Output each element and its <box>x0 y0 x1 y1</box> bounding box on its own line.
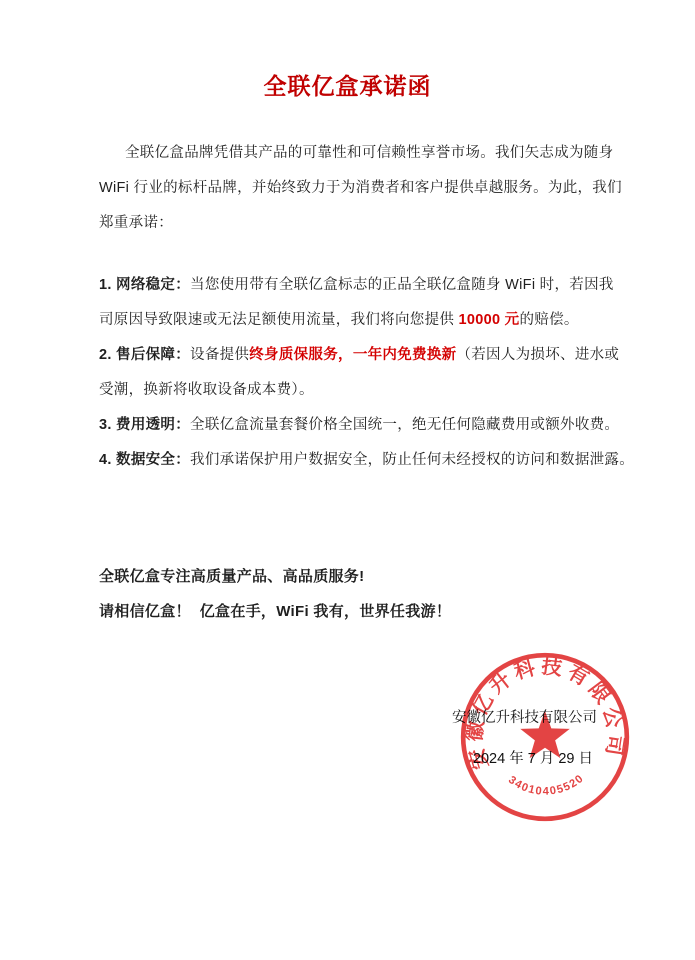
commitment-item-1-cont: 司原因导致限速或无法足额使用流量，我们将向您提供 10000 元的赔偿。 <box>99 303 601 338</box>
intro-paragraph: 全联亿盒品牌凭借其产品的可靠性和可信赖性享誉市场。我们矢志成为随身 WiFi 行… <box>99 136 601 241</box>
company-seal: 安徽亿升科技有限公司 3401040552071 <box>452 644 638 830</box>
page-title: 全联亿盒承诺函 <box>0 68 695 101</box>
item-text: 受潮，换新将收取设备成本费）。 <box>99 382 314 398</box>
item-text: 司原因导致限速或无法足额使用流量，我们将向您提供 <box>99 312 459 328</box>
slogan-line-2: 请相信亿盒！ 亿盒在手，WiFi 我有，世界任我游！ <box>99 594 601 629</box>
commitment-item-1: 1. 网络稳定：当您使用带有全联亿盒标志的正品全联亿盒随身 WiFi 时，若因我 <box>99 268 601 303</box>
item-highlight: 10000 元 <box>459 312 520 328</box>
item-label: 2. 售后保障： <box>99 347 190 363</box>
commitment-list: 1. 网络稳定：当您使用带有全联亿盒标志的正品全联亿盒随身 WiFi 时，若因我… <box>99 268 601 478</box>
seal-ring <box>463 655 627 819</box>
item-text: 的赔偿。 <box>519 312 578 328</box>
commitment-item-2-cont: 受潮，换新将收取设备成本费）。 <box>99 373 601 408</box>
intro-line: 全联亿盒品牌凭借其产品的可靠性和可信赖性享誉市场。我们矢志成为随身 <box>99 136 601 171</box>
signature-date: 2024 年 7 月 29 日 <box>473 747 593 768</box>
slogan-block: 全联亿盒专注高质量产品、高品质服务! 请相信亿盒！ 亿盒在手，WiFi 我有，世… <box>99 559 601 629</box>
item-text: 全联亿盒流量套餐价格全国统一，绝无任何隐藏费用或额外收费。 <box>190 417 619 433</box>
item-text: （若因人为损坏、进水或 <box>456 347 619 363</box>
item-label: 4. 数据安全： <box>99 452 190 468</box>
item-label: 3. 费用透明： <box>99 417 190 433</box>
item-text: 设备提供 <box>190 347 249 363</box>
signature-company-name: 安徽亿升科技有限公司 <box>452 706 597 727</box>
commitment-letter-page: 全联亿盒承诺函 全联亿盒品牌凭借其产品的可靠性和可信赖性享誉市场。我们矢志成为随… <box>0 0 695 960</box>
intro-line: 郑重承诺： <box>99 206 601 241</box>
item-highlight: 终身质保服务，一年内免费换新 <box>249 347 456 363</box>
intro-line: WiFi 行业的标杆品牌，并始终致力于为消费者和客户提供卓越服务。为此，我们 <box>99 171 601 206</box>
commitment-item-3: 3. 费用透明：全联亿盒流量套餐价格全国统一，绝无任何隐藏费用或额外收费。 <box>99 408 601 443</box>
commitment-item-4: 4. 数据安全：我们承诺保护用户数据安全，防止任何未经授权的访问和数据泄露。 <box>99 443 601 478</box>
slogan-line-1: 全联亿盒专注高质量产品、高品质服务! <box>99 559 601 594</box>
item-text: 我们承诺保护用户数据安全，防止任何未经授权的访问和数据泄露。 <box>190 452 634 468</box>
item-label: 1. 网络稳定： <box>99 277 190 293</box>
commitment-item-2: 2. 售后保障：设备提供终身质保服务，一年内免费换新（若因人为损坏、进水或 <box>99 338 601 373</box>
item-text: 当您使用带有全联亿盒标志的正品全联亿盒随身 WiFi 时，若因我 <box>190 277 614 293</box>
